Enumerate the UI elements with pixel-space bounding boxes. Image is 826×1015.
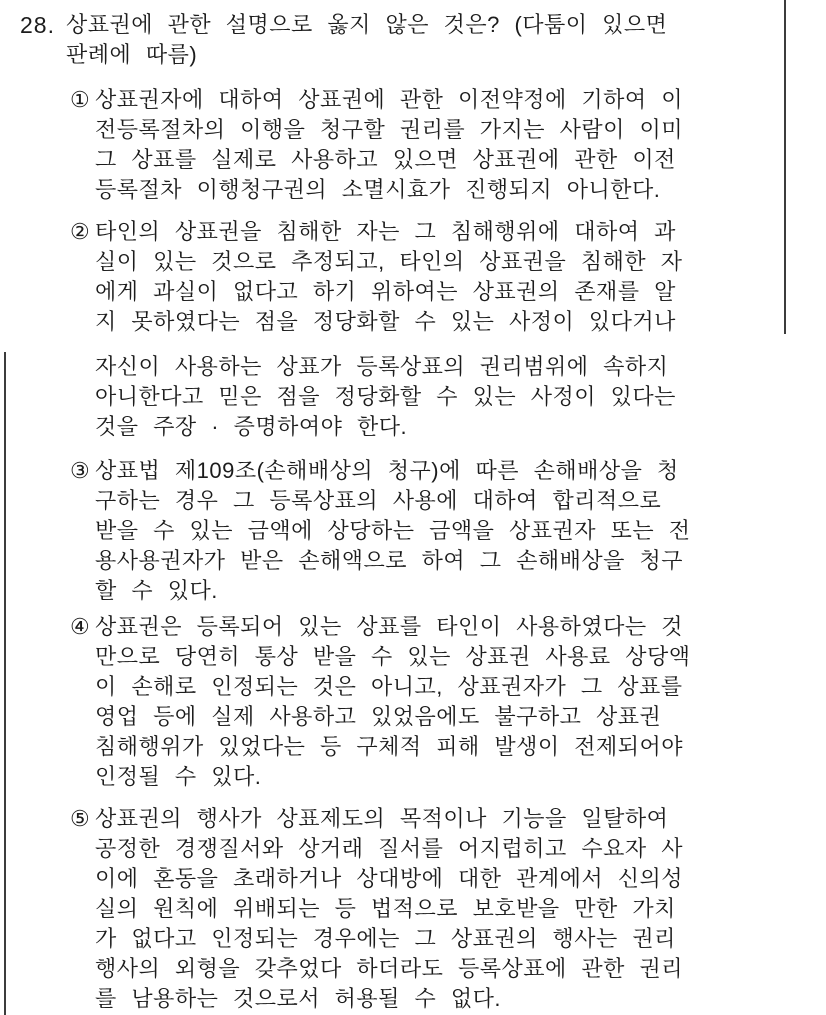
- option-line: 그 상표를 실제로 사용하고 있으면 상표권에 관한 이전: [95, 145, 683, 175]
- column-divider-left: [4, 352, 6, 1015]
- option-1-marker: ①: [70, 85, 95, 115]
- option-line: 상표권은 등록되어 있는 상표를 타인이 사용하였다는 것: [95, 612, 690, 642]
- option-1: ① 상표권자에 대하여 상표권에 관한 이전약정에 기하여 이 전등록절차의 이…: [70, 85, 683, 205]
- option-line: 지 못하였다는 점을 정당화할 수 있는 사정이 있다거나: [95, 307, 682, 337]
- question-line: 상표권에 관한 설명으로 옳지 않은 것은? (다툼이 있으면: [66, 10, 667, 40]
- question-block: 28. 상표권에 관한 설명으로 옳지 않은 것은? (다툼이 있으면 판례에 …: [20, 10, 667, 70]
- option-line: 를 남용하는 것으로서 허용될 수 없다.: [95, 984, 683, 1014]
- option-line: 것을 주장 · 증명하여야 한다.: [95, 412, 676, 442]
- option-line: 행사의 외형을 갖추었다 하더라도 등록상표에 관한 권리: [95, 954, 683, 984]
- option-line: 에게 과실이 없다고 하기 위하여는 상표권의 존재를 알: [95, 277, 682, 307]
- option-line: 상표권의 행사가 상표제도의 목적이나 기능을 일탈하여: [95, 804, 683, 834]
- option-2-continuation: 자신이 사용하는 상표가 등록상표의 권리범위에 속하지 아니한다고 믿은 점을…: [95, 352, 676, 442]
- option-line: 받을 수 있는 금액에 상당하는 금액을 상표권자 또는 전: [95, 516, 690, 546]
- option-4: ④ 상표권은 등록되어 있는 상표를 타인이 사용하였다는 것 만으로 당연히 …: [70, 612, 690, 792]
- option-line: 이 손해로 인정되는 것은 아니고, 상표권자가 그 상표를: [95, 672, 690, 702]
- option-line: 이에 혼동을 초래하거나 상대방에 대한 관계에서 신의성: [95, 864, 683, 894]
- option-line: 자신이 사용하는 상표가 등록상표의 권리범위에 속하지: [95, 352, 676, 382]
- option-line: 침해행위가 있었다는 등 구체적 피해 발생이 전제되어야: [95, 732, 690, 762]
- option-line: 상표법 제109조(손해배상의 청구)에 따른 손해배상을 청: [95, 456, 690, 486]
- option-line: 만으로 당연히 통상 받을 수 있는 상표권 사용료 상당액: [95, 642, 690, 672]
- option-line: 영업 등에 실제 사용하고 있었음에도 불구하고 상표권: [95, 702, 690, 732]
- option-2: ② 타인의 상표권을 침해한 자는 그 침해행위에 대하여 과 실이 있는 것으…: [70, 217, 682, 337]
- option-line: 실의 원칙에 위배되는 등 법적으로 보호받을 만한 가치: [95, 894, 683, 924]
- option-line: 등록절차 이행청구권의 소멸시효가 진행되지 아니한다.: [95, 175, 683, 205]
- option-line: 할 수 있다.: [95, 576, 690, 606]
- option-line: 타인의 상표권을 침해한 자는 그 침해행위에 대하여 과: [95, 217, 682, 247]
- question-line: 판례에 따름): [66, 40, 667, 70]
- option-line: 인정될 수 있다.: [95, 762, 690, 792]
- option-2-marker: ②: [70, 217, 95, 247]
- option-line: 상표권자에 대하여 상표권에 관한 이전약정에 기하여 이: [95, 85, 683, 115]
- option-5: ⑤ 상표권의 행사가 상표제도의 목적이나 기능을 일탈하여 공정한 경쟁질서와…: [70, 804, 683, 1014]
- column-divider-right: [784, 0, 786, 334]
- option-line: 구하는 경우 그 등록상표의 사용에 대하여 합리적으로: [95, 486, 690, 516]
- option-line: 용사용권자가 받은 손해액으로 하여 그 손해배상을 청구: [95, 546, 690, 576]
- option-line: 가 없다고 인정되는 경우에는 그 상표권의 행사는 권리: [95, 924, 683, 954]
- option-3-marker: ③: [70, 456, 95, 486]
- question-number: 28.: [20, 10, 66, 40]
- option-line: 공정한 경쟁질서와 상거래 질서를 어지럽히고 수요자 사: [95, 834, 683, 864]
- option-3: ③ 상표법 제109조(손해배상의 청구)에 따른 손해배상을 청 구하는 경우…: [70, 456, 690, 606]
- option-line: 실이 있는 것으로 추정되고, 타인의 상표권을 침해한 자: [95, 247, 682, 277]
- option-5-marker: ⑤: [70, 804, 95, 834]
- option-4-marker: ④: [70, 612, 95, 642]
- exam-page: 28. 상표권에 관한 설명으로 옳지 않은 것은? (다툼이 있으면 판례에 …: [0, 0, 826, 1015]
- option-line: 전등록절차의 이행을 청구할 권리를 가지는 사람이 이미: [95, 115, 683, 145]
- option-line: 아니한다고 믿은 점을 정당화할 수 있는 사정이 있다는: [95, 382, 676, 412]
